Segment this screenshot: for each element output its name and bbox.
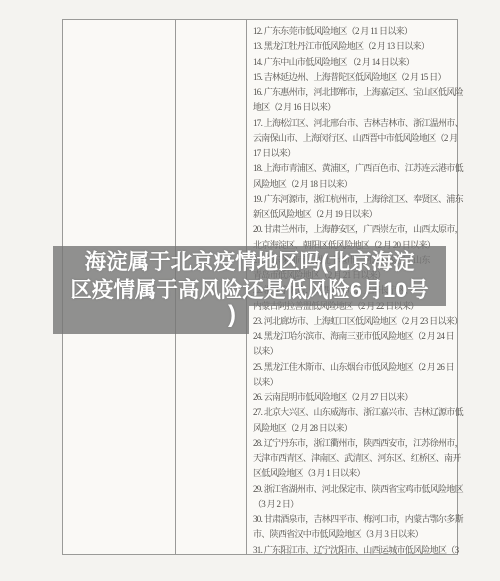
list-line-entry-26: 26. 云南昆明市低风险地区（2 月 27 日以来） [253,390,454,405]
caption-line-2: 区疫情属于高风险还是低风险6月10号 [53,276,446,304]
list-line-entry-14: 14. 广东中山市低风险地区 （2 月 14 日以来） [253,55,454,70]
list-line-entry-18: 18. 上海市青浦区、黄浦区，广西百色市、江苏连云港市低 [253,161,454,176]
caption-band-tail [53,306,249,334]
list-line-entry-29: 29. 浙江省湖州市、河北保定市、陕西省宝鸡市低风险地区 [253,482,454,497]
list-line-entry-17: 17. 上海松江区、河北邢台市、吉林吉林市、浙江温州市、 [253,116,454,131]
list-line-entry-31: 31. 广东阳江市、辽宁沈阳市、山西运城市低风险地区（3 [253,543,454,558]
page: 12. 广东东莞市低风险地区（2 月 11 日以来）13. 黑龙江牡丹江市低风险… [0,0,500,581]
list-line-entry-28: 28. 辽宁丹东市，浙江衢州市，陕西西安市，江苏徐州市， [253,436,454,451]
list-line-entry-19: 19. 广东河源市，浙江杭州市，上海徐汇区、奉贤区、浦东 [253,192,454,207]
list-line-entry-27-cont-1: 风险地区（2 月 28 日以来） [253,421,454,436]
list-line-entry-15: 15. 吉林延边州、上海普陀区低风险地区（2 月 15 日） [253,70,454,85]
list-line-entry-29-cont-1: （3 月 2 日） [253,497,454,512]
list-line-entry-28-cont-1: 天津市西青区、津南区、武清区、河东区、红桥区、南开 [253,451,454,466]
list-line-entry-18-cont-1: 风险地区（2 月 18 日以来） [253,177,454,192]
caption-line-1: 海淀属于北京疫情地区吗(北京海淀 [53,248,446,276]
caption-title: 海淀属于北京疫情地区吗(北京海淀 区疫情属于高风险还是低风险6月10号 [53,248,446,304]
list-line-entry-30: 30. 甘肃酒泉市，吉林四平市、梅河口市，内蒙古鄂尔多斯 [253,512,454,527]
list-line-entry-24-cont-1: 以来） [253,344,454,359]
list-line-entry-27: 27. 北京大兴区、山东威海市、浙江嘉兴市、吉林辽源市低 [253,405,454,420]
list-line-entry-23: 23. 河北廊坊市、上海虹口区低风险地区（2 月 23 日以来） [253,314,454,329]
caption-line-3: ) [228,301,236,329]
list-line-entry-25: 25. 黑龙江佳木斯市、山东烟台市低风险地区（2 月 26 日 [253,360,454,375]
list-line-entry-17-cont-2: 17 日以来） [253,146,454,161]
list-line-entry-12: 12. 广东东莞市低风险地区（2 月 11 日以来） [253,24,454,39]
list-line-entry-16: 16. 广东惠州市，河北邯郸市，上海嘉定区、宝山区低风险 [253,85,454,100]
list-line-entry-17-cont-1: 云南保山市、上海闵行区、山西晋中市低风险地区（2 月 [253,131,454,146]
list-line-entry-28-cont-2: 区低风险地区（3 月 1 日以来） [253,466,454,481]
list-line-entry-16-cont-1: 地区（2 月 16 日以来） [253,100,454,115]
list-line-entry-13: 13. 黑龙江牡丹江市低风险地区（2 月 13 日以来） [253,39,454,54]
list-line-entry-25-cont-1: 以来） [253,375,454,390]
list-line-entry-30-cont-1: 市、陕西省汉中市低风险地区（3 月 3 日以来） [253,527,454,542]
list-line-entry-19-cont-1: 新区低风险地区（2 月 19 日以来） [253,207,454,222]
list-line-entry-20: 20. 甘肃兰州市，上海静安区，广西崇左市，山西太原市， [253,222,454,237]
list-line-entry-24: 24. 黑龙江哈尔滨市、海南三亚市低风险地区（2 月 24 日 [253,329,454,344]
